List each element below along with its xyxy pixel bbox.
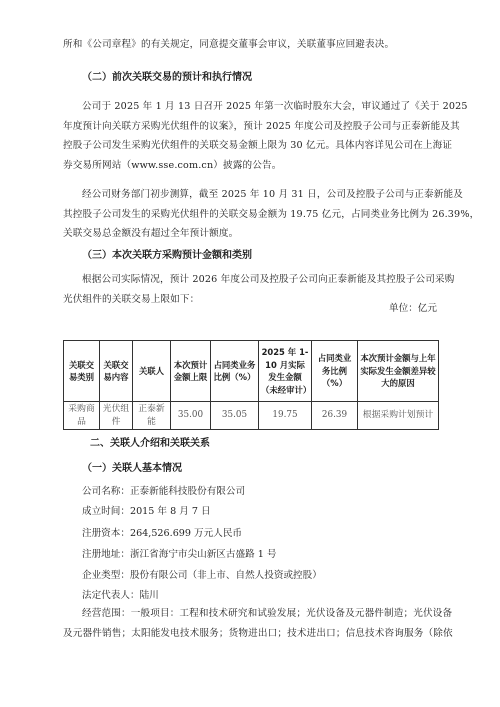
header-cell: 关联交易类别 (64, 341, 100, 402)
document-page: 所和《公司章程》的有关规定，同意提交董事会审议，关联董事应回避表决。 （二）前次… (0, 0, 500, 707)
header-cell: 本次预计金额与上年实际发生金额差异较大的原因 (358, 341, 439, 402)
field-value: 264,526.699 万元人民币 (130, 528, 242, 539)
header-cell: 本次预计金额上限 (171, 341, 211, 402)
field-registered-capital: 注册资本：264,526.699 万元人民币 (82, 527, 242, 541)
table-cell: 正泰新能 (133, 402, 171, 430)
estimate-paragraph: 根据公司实际情况，预计 2026 年度公司及控股子公司向正泰新能及其控股子公司采… (63, 270, 438, 309)
table-cell: 26.39 (312, 402, 358, 430)
field-enterprise-type: 企业类型：股份有限公司（非上市、自然人投资或控股） (82, 569, 322, 583)
field-label: 注册资本： (82, 528, 130, 539)
header-cell: 2025 年 1-10 月实际发生金额（未经审计） (259, 341, 312, 402)
field-value: 正泰新能科技股份有限公司 (130, 486, 245, 497)
table-row: 采购商品 光伏组件 正泰新能 35.00 35.05 19.75 26.39 根… (64, 402, 439, 430)
field-company-name: 公司名称：正泰新能科技股份有限公司 (82, 485, 245, 499)
field-value: 陆川 (140, 590, 159, 601)
section-heading-previous-transactions: （二）前次关联交易的预计和执行情况 (82, 68, 252, 83)
header-cell: 关联人 (133, 341, 171, 402)
header-cell: 占同类业务比例（%） (211, 341, 259, 402)
field-label: 法定代表人： (82, 590, 140, 601)
unit-label: 单位：亿元 (389, 300, 437, 314)
field-label: 成立时间： (82, 506, 130, 517)
field-registered-address: 注册地址：浙江省海宁市尖山新区古盛路 1 号 (82, 548, 276, 562)
field-legal-representative: 法定代表人：陆川 (82, 589, 159, 603)
header-cell: 占同类业务比例（%） (312, 341, 358, 402)
previous-approval-paragraph: 公司于 2025 年 1 月 13 日召开 2025 年第一次临时股东大会，审议… (63, 97, 438, 175)
field-value: 2015 年 8 月 7 日 (130, 506, 211, 517)
section-heading-current-estimate: （三）本次关联方采购预计金额和类别 (82, 246, 252, 261)
field-label: 企业类型： (82, 570, 130, 581)
table-cell: 35.05 (211, 402, 259, 430)
table-cell: 采购商品 (64, 402, 100, 430)
field-value: 股份有限公司（非上市、自然人投资或控股） (130, 570, 322, 581)
intro-paragraph: 所和《公司章程》的有关规定，同意提交董事会审议，关联董事应回避表决。 (63, 35, 438, 55)
header-cell: 关联交易内容 (100, 341, 133, 402)
related-transaction-table: 关联交易类别 关联交易内容 关联人 本次预计金额上限 占同类业务比例（%） 20… (63, 340, 439, 430)
sub-heading-basic-info: （一）关联人基本情况 (82, 459, 182, 474)
field-value: 浙江省海宁市尖山新区古盛路 1 号 (130, 549, 277, 560)
part-heading-related-party: 二、关联人介绍和关联关系 (90, 434, 210, 449)
table-cell: 光伏组件 (100, 402, 133, 430)
table-cell: 35.00 (171, 402, 211, 430)
field-label: 公司名称： (82, 486, 130, 497)
table-header-row: 关联交易类别 关联交易内容 关联人 本次预计金额上限 占同类业务比例（%） 20… (64, 341, 439, 402)
field-label: 注册地址： (82, 549, 130, 560)
field-established: 成立时间：2015 年 8 月 7 日 (82, 505, 211, 519)
table-cell: 19.75 (259, 402, 312, 430)
business-scope-paragraph: 经营范围：一般项目：工程和技术研究和试验发展；光伏设备及元器件制造；光伏设备 及… (63, 604, 438, 643)
execution-status-paragraph: 经公司财务部门初步测算，截至 2025 年 10 月 31 日，公司及控股子公司… (63, 185, 438, 244)
table-cell: 根据采购计划预计 (358, 402, 439, 430)
